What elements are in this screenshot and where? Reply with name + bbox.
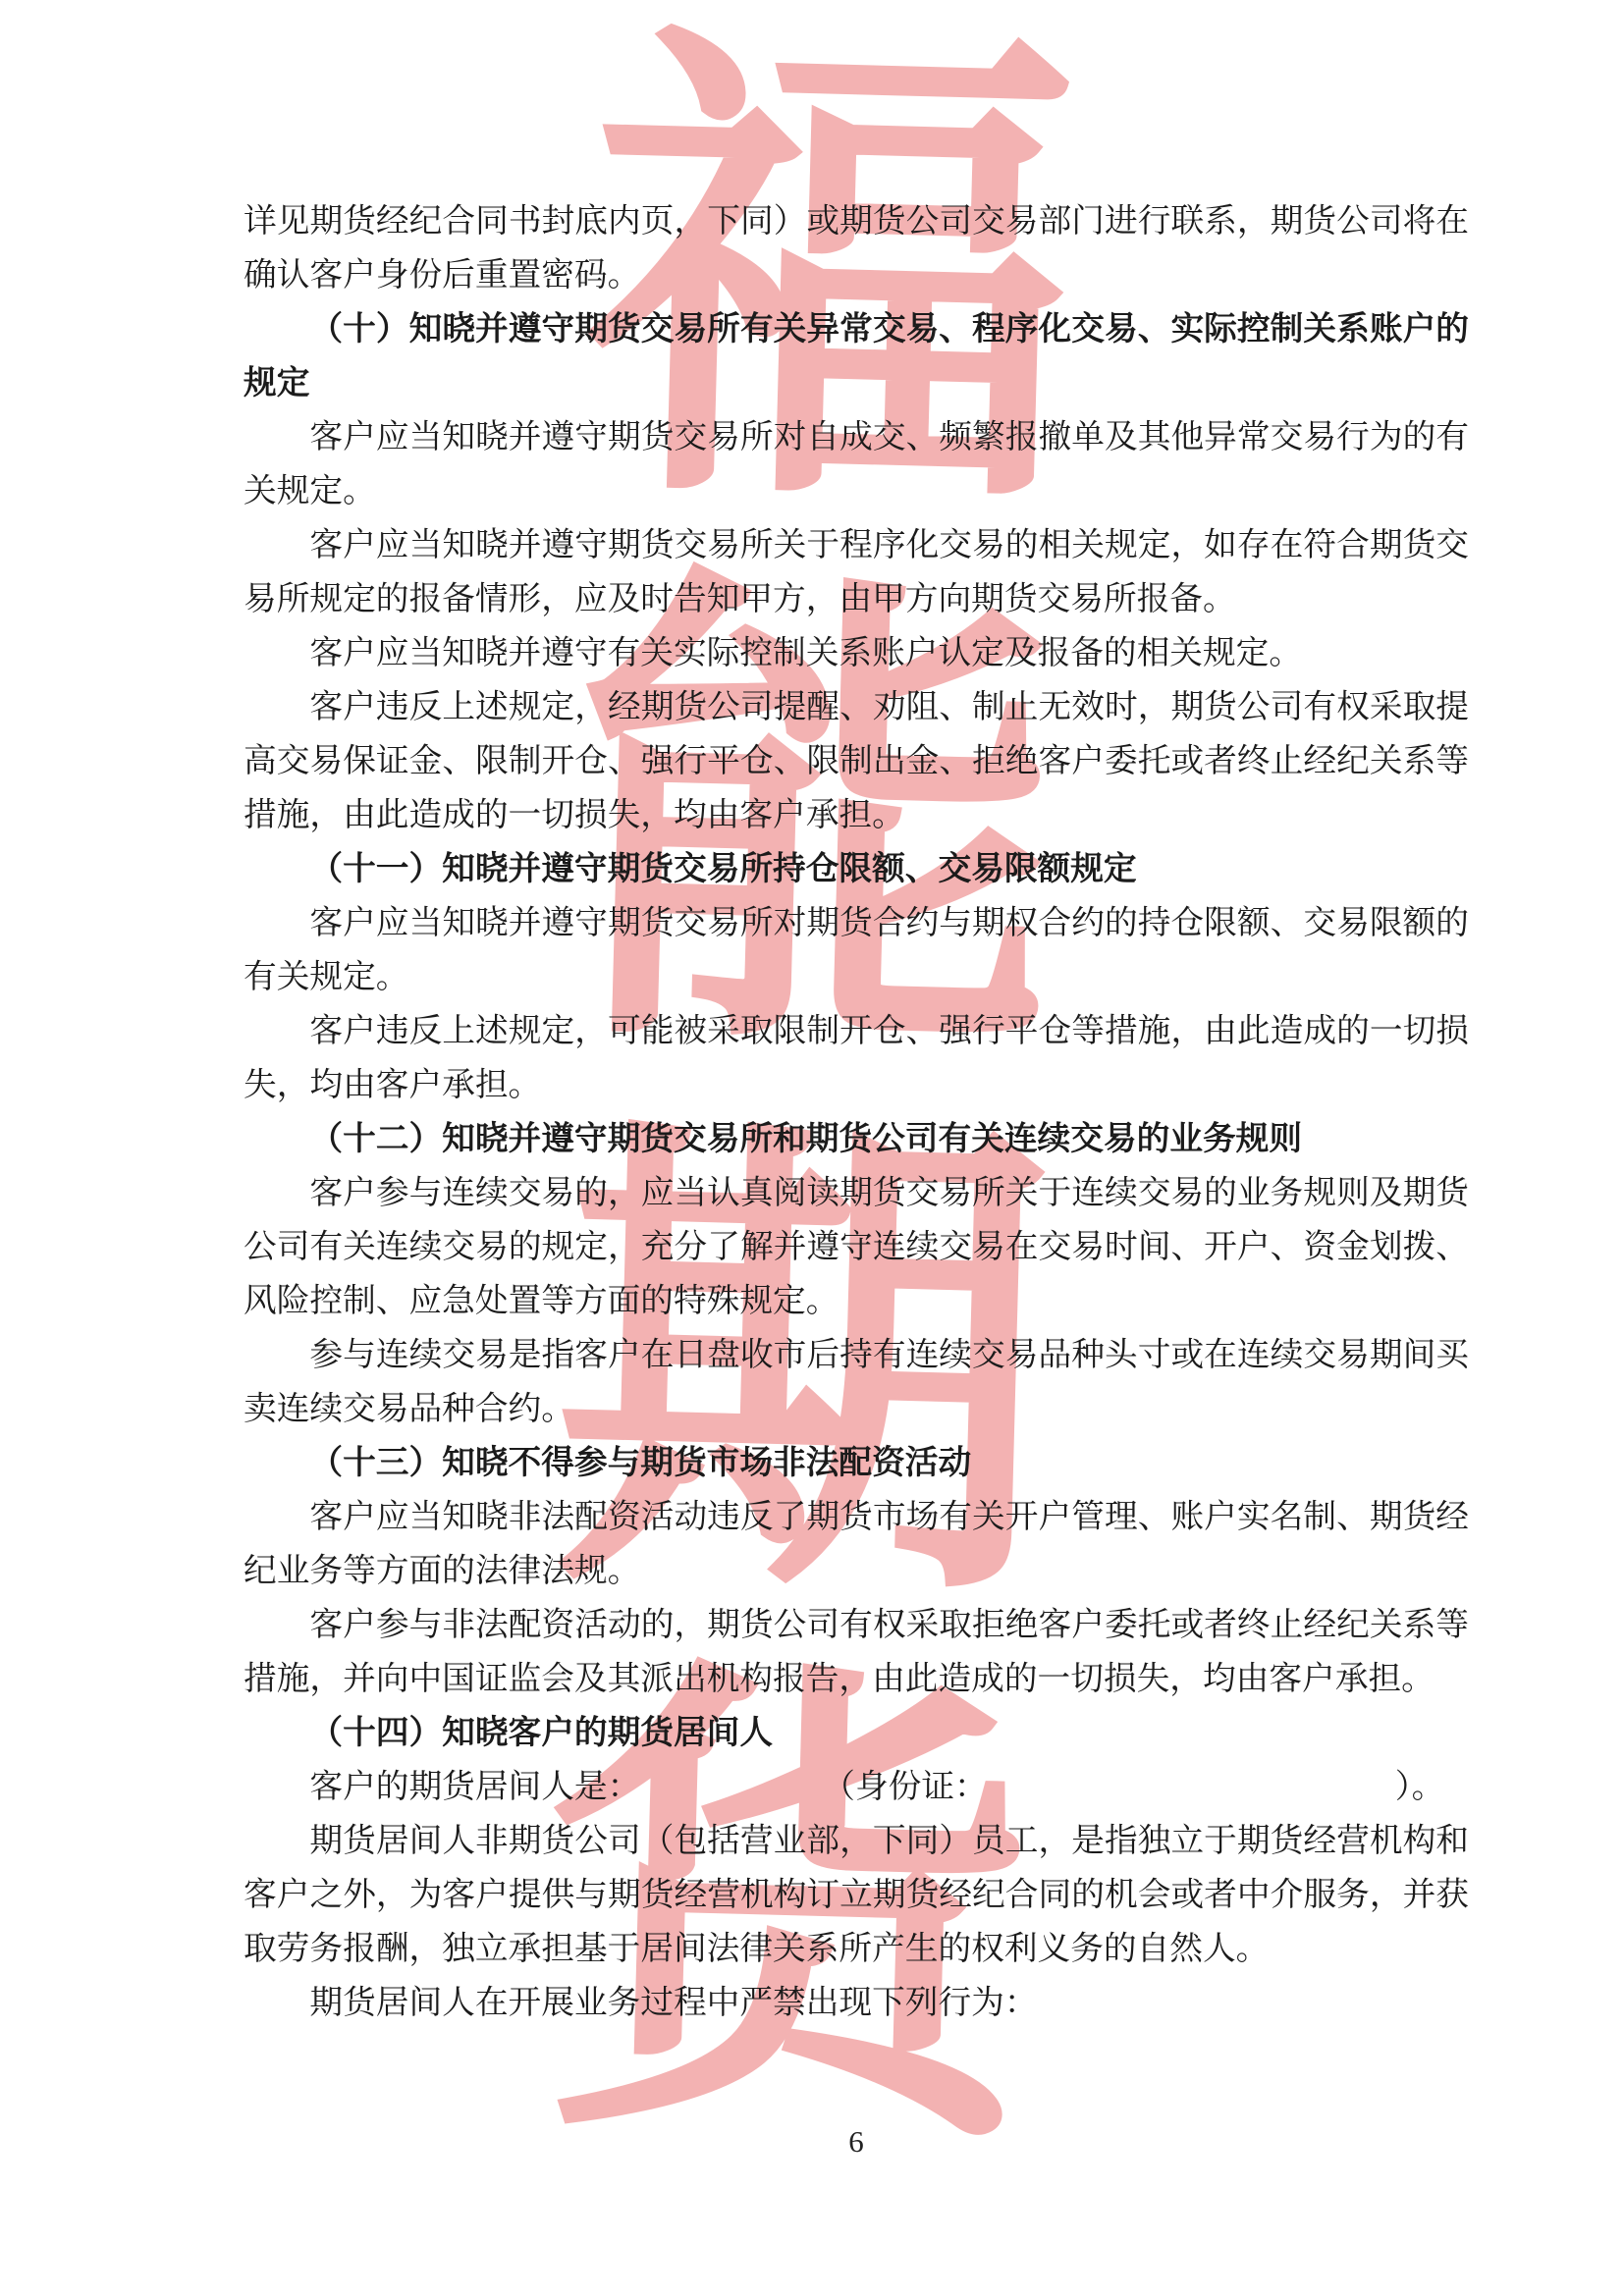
page-number: 6 xyxy=(244,2122,1469,2162)
clause-paragraph: 参与连续交易是指客户在日盘收市后持有连续交易品种头寸或在连续交易期间买卖连续交易… xyxy=(244,1328,1469,1436)
intermediary-name-blank xyxy=(640,1795,822,1797)
clause-heading: （十一）知晓并遵守期货交易所持仓限额、交易限额规定 xyxy=(244,842,1469,896)
clause-paragraph: 客户应当知晓非法配资活动违反了期货市场有关开户管理、账户实名制、期货经纪业务等方… xyxy=(244,1490,1469,1598)
closing-paren-label: ）。 xyxy=(1395,1769,1445,1805)
clause-paragraph: 客户参与连续交易的，应当认真阅读期货交易所关于连续交易的业务规则及期货公司有关连… xyxy=(244,1166,1469,1328)
clause-paragraph: 客户违反上述规定，经期货公司提醒、劝阻、制止无效时，期货公司有权采取提高交易保证… xyxy=(244,680,1469,842)
clauses: 详见期货经纪合同书封底内页，下同）或期货公司交易部门进行联系，期货公司将在确认客… xyxy=(244,194,1469,2030)
clause-paragraph: 期货居间人在开展业务过程中严禁出现下列行为： xyxy=(244,1976,1469,2030)
intermediary-fillin-line: 客户的期货居间人是：（身份证：）。 xyxy=(244,1760,1469,1814)
clause-paragraph: 客户应当知晓并遵守期货交易所关于程序化交易的相关规定，如存在符合期货交易所规定的… xyxy=(244,518,1469,626)
intermediary-name-label: 客户的期货居间人是： xyxy=(309,1769,640,1805)
clause-paragraph: 客户应当知晓并遵守有关实际控制关系账户认定及报备的相关规定。 xyxy=(244,626,1469,680)
clause-heading: （十三）知晓不得参与期货市场非法配资活动 xyxy=(244,1436,1469,1490)
clause-paragraph: 详见期货经纪合同书封底内页，下同）或期货公司交易部门进行联系，期货公司将在确认客… xyxy=(244,194,1469,302)
contract-page: 福能期货 详见期货经纪合同书封底内页，下同）或期货公司交易部门进行联系，期货公司… xyxy=(0,0,1624,2296)
id-card-blank xyxy=(988,1795,1395,1797)
clause-paragraph: 客户应当知晓并遵守期货交易所对期货合约与期权合约的持仓限额、交易限额的有关规定。 xyxy=(244,896,1469,1004)
clause-heading: （十四）知晓客户的期货居间人 xyxy=(244,1706,1469,1760)
clause-paragraph: 客户参与非法配资活动的，期货公司有权采取拒绝客户委托或者终止经纪关系等措施，并向… xyxy=(244,1598,1469,1706)
clause-heading: （十二）知晓并遵守期货交易所和期货公司有关连续交易的业务规则 xyxy=(244,1112,1469,1166)
id-card-label: （身份证： xyxy=(822,1769,987,1805)
clause-paragraph: 客户应当知晓并遵守期货交易所对自成交、频繁报撤单及其他异常交易行为的有关规定。 xyxy=(244,410,1469,518)
clause-paragraph: 客户违反上述规定，可能被采取限制开仓、强行平仓等措施，由此造成的一切损失，均由客… xyxy=(244,1004,1469,1112)
clause-heading: （十）知晓并遵守期货交易所有关异常交易、程序化交易、实际控制关系账户的规定 xyxy=(244,302,1469,410)
clause-paragraph: 期货居间人非期货公司（包括营业部，下同）员工，是指独立于期货经营机构和客户之外，… xyxy=(244,1814,1469,1976)
